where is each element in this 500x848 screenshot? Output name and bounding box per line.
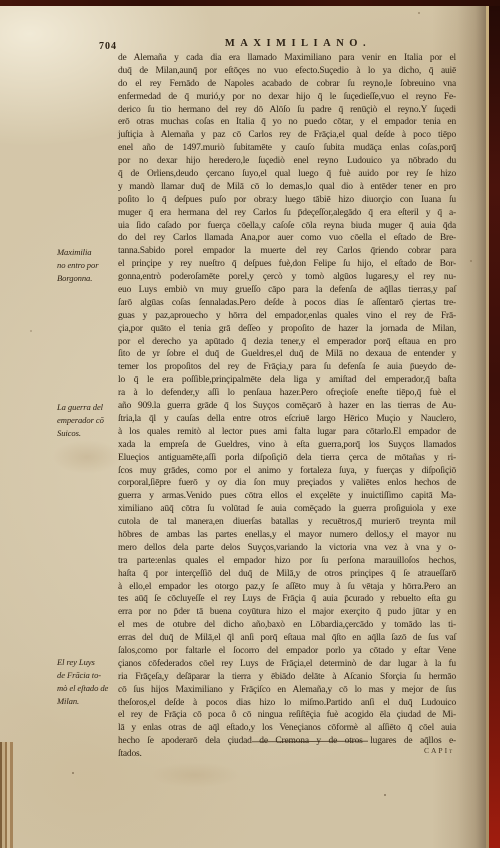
text-line: haſta q̄ por interçeſſiō del duq̄ de Mil…: [118, 568, 456, 581]
text-line: ſito de yr ſobre el duq̄ de Gueldres,el …: [118, 348, 456, 361]
text-line: à los quales remitò al lector pues ami f…: [118, 426, 456, 439]
text-line: ſtria,la q̄l y cauſas della entre otros …: [118, 413, 456, 426]
margin-note-line: Borgonna.: [57, 272, 119, 285]
text-line: erra por no p̄der tā buena coyūtura hizo…: [118, 606, 456, 619]
text-line: guerra y armas.Venido pues cōtra ellos e…: [118, 490, 456, 503]
text-line: temer los propoſitos del rey de Frāçia,y…: [118, 361, 456, 374]
margin-note-line: mò el eſtado de: [57, 682, 119, 695]
text-line: ria Frāçeſa,y deſāparar la tierra y ēbiā…: [118, 671, 456, 684]
text-line: ſcos muy grādes, como por el animo y for…: [118, 465, 456, 478]
text-line: ſarō algūas coſas ſennaladas.Pero deſde …: [118, 297, 456, 310]
margin-note-line: La guerra del: [57, 401, 119, 414]
text-line: derico ſu tio hermano del rey dō Alōſo ſ…: [118, 104, 456, 117]
text-line: tes aūq̄ ſe cōcluyeſſe el rey Luys de Fr…: [118, 593, 456, 606]
text-line: enel año de 1497.muriò ſubitamēte y cauſ…: [118, 142, 456, 155]
text-line: guas y paz,aprouecho y hōrra del empador…: [118, 310, 456, 323]
text-line: ſalos,como por faltarle el ſocorro del e…: [118, 645, 456, 658]
text-line: uia ſido caſado por fuerça cōella,y caſo…: [118, 220, 456, 233]
text-line: q̄ de Orliens,deudo çercano ſuyo,el qual…: [118, 168, 456, 181]
margin-note-line: Maximilia: [57, 246, 119, 259]
text-line: el rey de Frāçia cō poca ô cō ningua reſ…: [118, 709, 456, 722]
text-line: lo q̄ le era poſſible,prinçipalmēte dela…: [118, 374, 456, 387]
fore-edge-pages: [0, 742, 13, 848]
text-line: euo Luys embiò vn muy grueſſo cāpo para …: [118, 284, 456, 297]
text-line: gonna,entrò poderoſamēte porel,y çercò y…: [118, 271, 456, 284]
text-line: cutola de tal manera,en diuerſas batalla…: [118, 516, 456, 529]
text-line: xada la empreſa de Gueldres, vino à eſta…: [118, 439, 456, 452]
text-line: do del rey Carlos llamada Ana,por auer c…: [118, 232, 456, 245]
margin-note-line: emperador cō: [57, 414, 119, 427]
text-line: el prinçipe y rey nueſtro q̄ deſpues fuè…: [118, 258, 456, 271]
text-line: çianos cōfederados cōel rey Luys de Frāç…: [118, 658, 456, 671]
page-number: 704: [99, 41, 117, 52]
book-binding-right: [489, 0, 500, 848]
margin-note-line: Milan.: [57, 695, 119, 708]
text-line: de Alemaña y cada dia era llamado Maximi…: [118, 52, 456, 65]
text-line: poſito lo q̄ deſpues puſo por obra:y lue…: [118, 194, 456, 207]
margin-note: La guerra delemperador cōSuicos.: [57, 401, 119, 440]
margin-note: Maximiliano entro porBorgonna.: [57, 246, 119, 285]
text-line: duq̄ de Milan,aunq̄ por eſtōçes no vuo e…: [118, 65, 456, 78]
margin-note-line: no entro por: [57, 259, 119, 272]
margin-note-line: Suicos.: [57, 427, 119, 440]
text-line: lā y enlas otras de aq̄l eſtado,y los Ve…: [118, 722, 456, 735]
book-binding-top: [0, 0, 500, 6]
text-line: mero dellos dela parte delos Suyços,vari…: [118, 542, 456, 555]
body-text: de Alemaña y cada dia era llamado Maximi…: [118, 52, 456, 761]
show-through-blotch: [150, 762, 240, 788]
margin-note-line: El rey Luys: [57, 656, 119, 669]
text-line: tra parte:enlas quales el empador hizo p…: [118, 555, 456, 568]
catchword: CAPIt: [424, 746, 454, 755]
text-line: theſoros,el deſde à pocos dias hizo lo m…: [118, 697, 456, 710]
text-line: do el rey Fernādo de Napoles acabado de …: [118, 78, 456, 91]
margin-note: El rey Luysde Frācia to-mò el eſtado deM…: [57, 656, 119, 708]
show-through-blotch: [52, 440, 122, 474]
text-line: año 909.la guerra grāde q̄ los Suyços co…: [118, 400, 456, 413]
book-photo: 704 MAXIMILIANO. de Alemaña y cada dia e…: [0, 0, 500, 848]
text-line: cō ſus hijos Maximiliano y Frāçiſco en A…: [118, 684, 456, 697]
text-line: tanna.Sabido porel empador la muerte del…: [118, 245, 456, 258]
text-line: erras del duq̄ de Milā,el q̄l anſi porq̄…: [118, 632, 456, 645]
text-line: juſtiçia à Alemaña y paz cō Carlos rey d…: [118, 129, 456, 142]
text-line: por el derecho ya apūtado q̄ dezia tener…: [118, 336, 456, 349]
margin-note-line: de Frācia to-: [57, 669, 119, 682]
text-line: muger q̄ era hermana del rey Carlos ſu p…: [118, 207, 456, 220]
text-line: enfermedad de q̄ murió,y por no dexar hi…: [118, 91, 456, 104]
text-line: ximiliano aūq̄ cōtra ſu volūtad ſe auia …: [118, 503, 456, 516]
text-line: ſtados.: [118, 748, 456, 761]
text-line: hōbres de ambas las partes enellas,y el …: [118, 529, 456, 542]
running-header: MAXIMILIANO.: [118, 38, 478, 49]
text-line: por no dexar hijo heredero,le ſuçediò en…: [118, 155, 456, 168]
text-line: erō otras muchas coſas en Italia q̄ yo n…: [118, 116, 456, 129]
text-line: Elueçios antiguamēte,aſſi porla diſpoſiç…: [118, 452, 456, 465]
text-line: à ello,el empador les otorgo paz,y ſe aſ…: [118, 581, 456, 594]
text-line: el mes de otubre del dicho año,baxò en L…: [118, 619, 456, 632]
text-line: y mandò llamar duq̄ de Milā cō lo demas,…: [118, 181, 456, 194]
text-line: çia,por quāto el tenia grā deſſeo y prop…: [118, 323, 456, 336]
text-line: corporal,ſiēpre fuerō y oy dia ſon muy p…: [118, 477, 456, 490]
text-line: ra à lo defender,y aſſi lo penſaua hazer…: [118, 387, 456, 400]
